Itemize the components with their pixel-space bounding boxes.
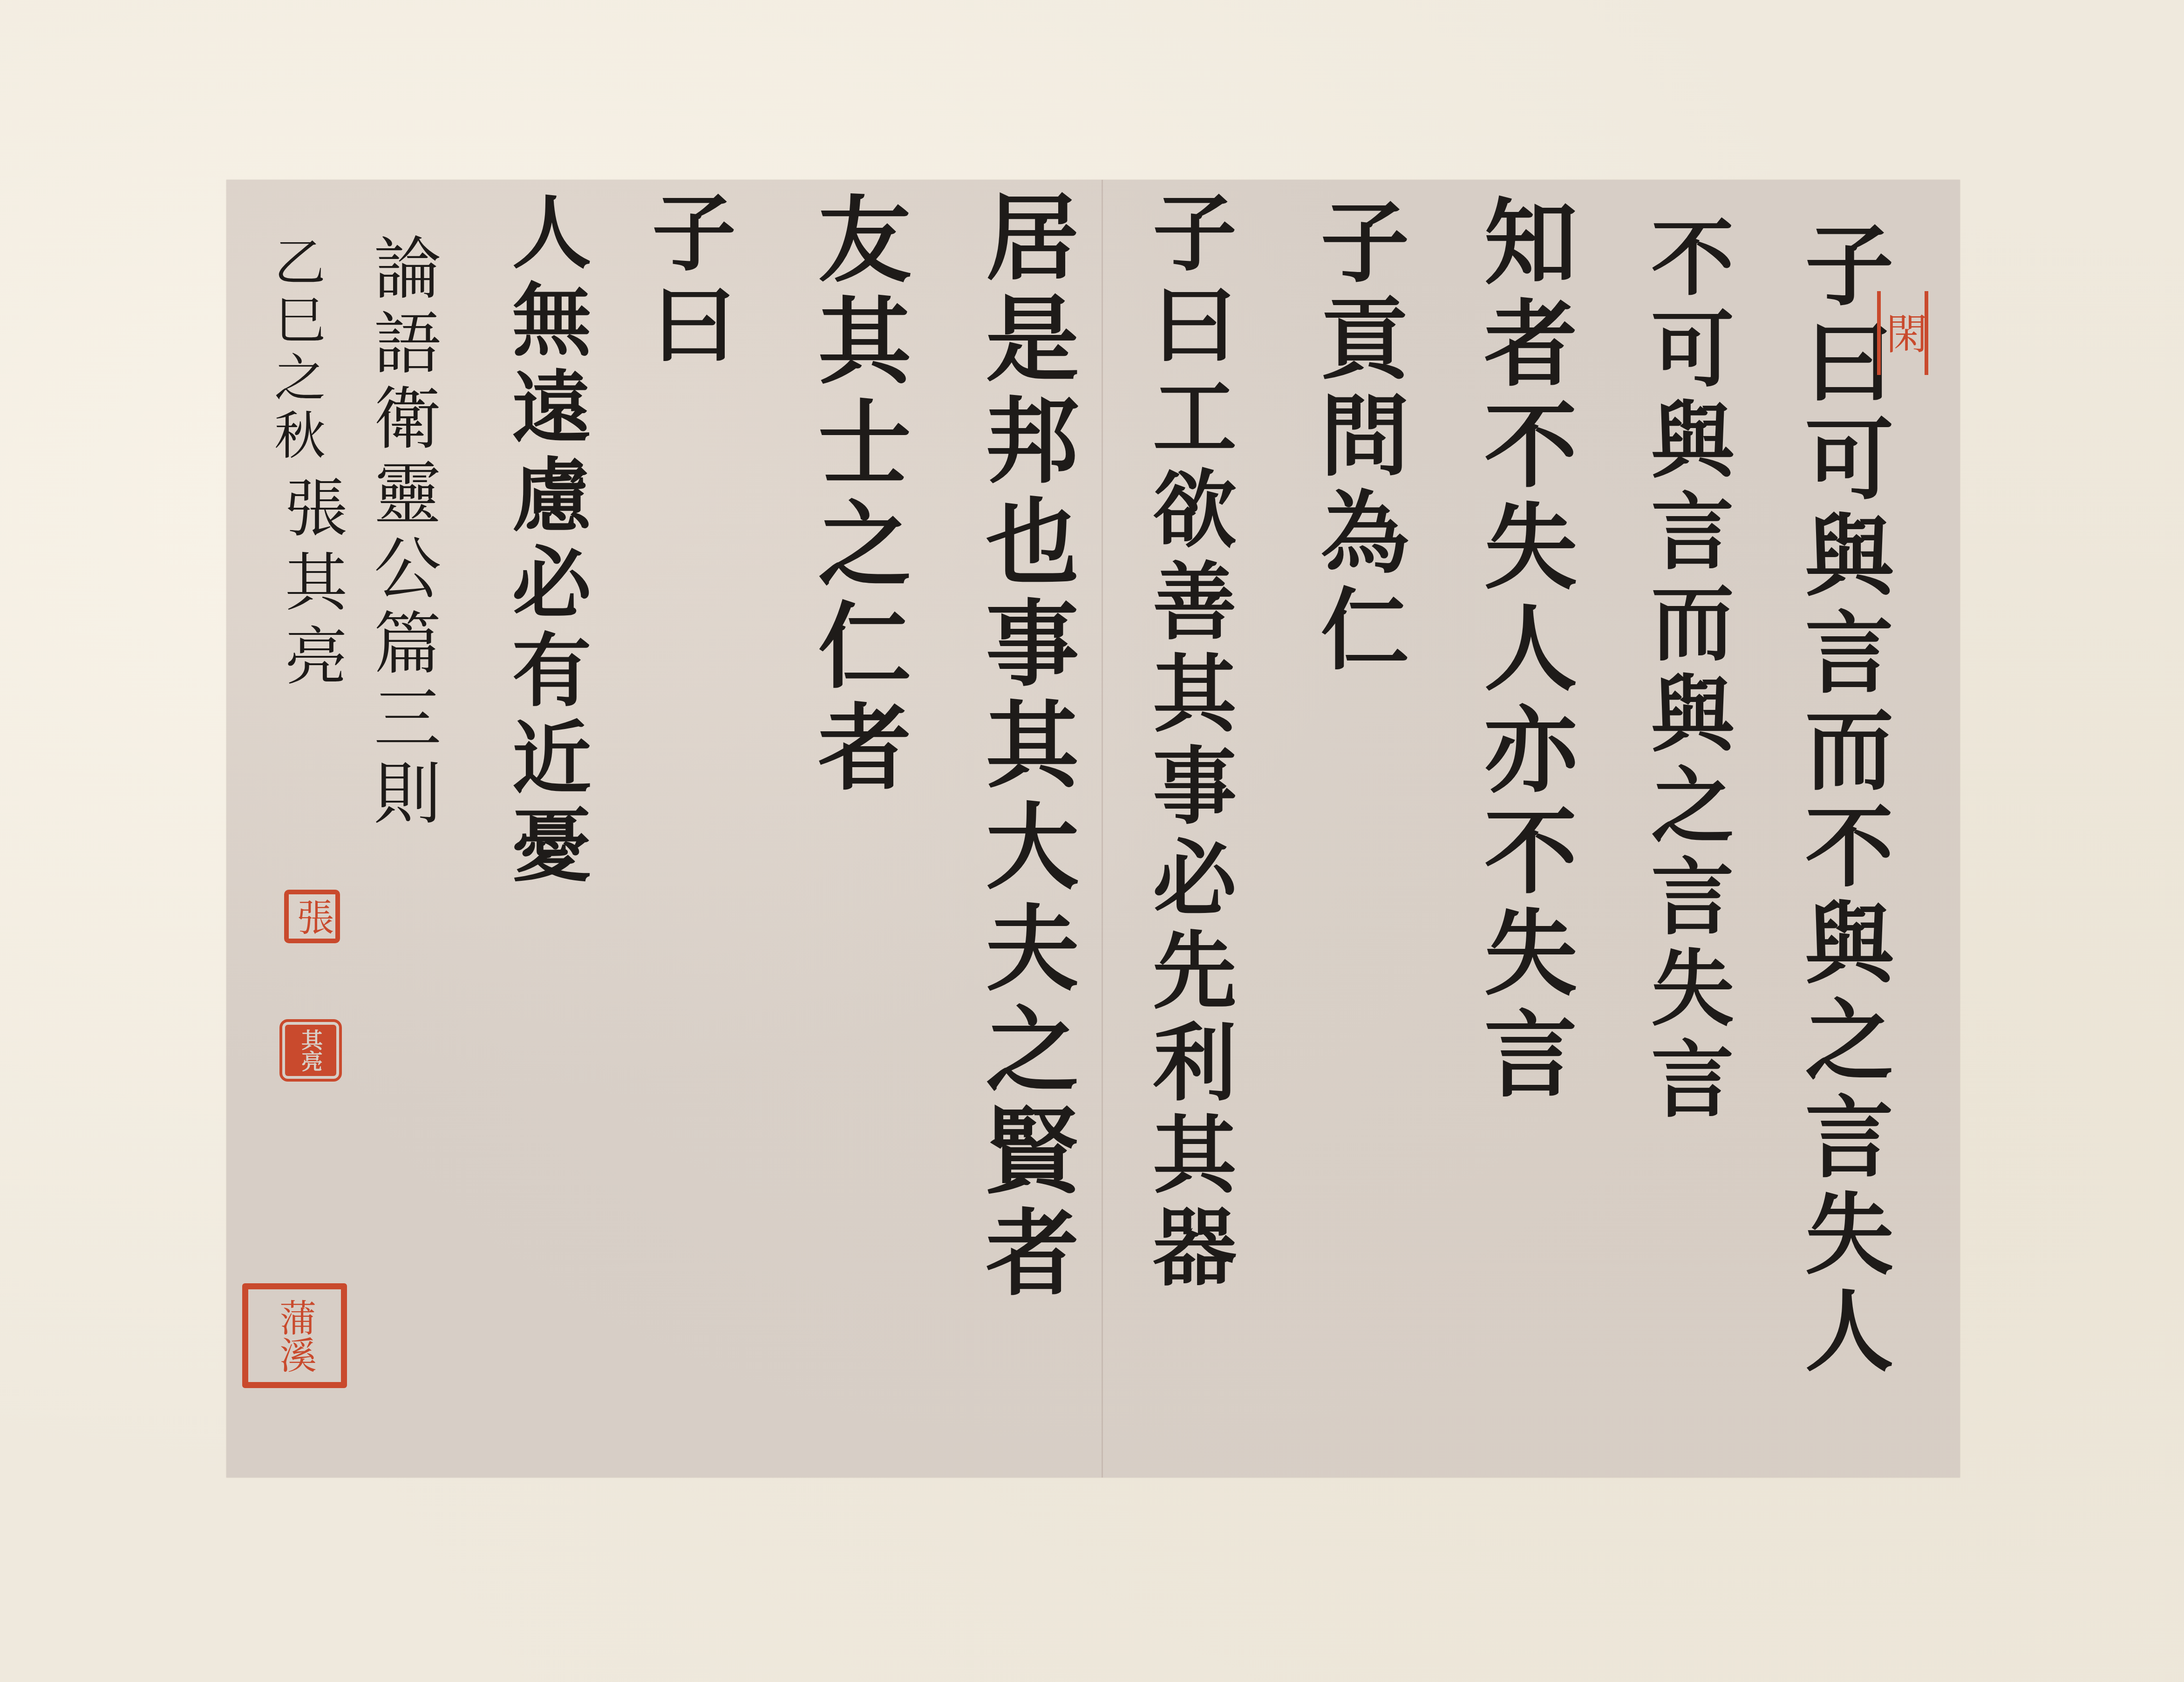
paper-seam [1102, 180, 1103, 1478]
text-column-4: 子貢問為仁 [1313, 196, 1402, 680]
seal-signature-2: 其亮 [285, 1025, 336, 1076]
text-column-5: 子曰工欲善其事必先利其器 [1146, 189, 1230, 1295]
colophon-signature: 張其亮 [279, 475, 342, 697]
text-column-2: 不可與言而與之言失言 [1644, 214, 1727, 1127]
text-column-8: 子曰 [645, 189, 729, 373]
text-column-7: 友其士之仁者 [810, 191, 904, 800]
text-column-9: 人無遠慮必有近憂 [505, 191, 585, 892]
seal-bottom-left: 蒲溪 [242, 1283, 347, 1388]
seal-top-right: 閑 [1877, 291, 1928, 375]
seal-signature-1: 張 [284, 890, 340, 943]
colophon-date: 乙巳之秋 [270, 235, 321, 466]
text-column-3: 知者不失人亦不失言 [1476, 193, 1570, 1107]
text-column-6: 居是邦也事其大夫之賢者 [978, 189, 1071, 1306]
colophon-title: 論語衛靈公篇三則 [368, 233, 435, 833]
text-column-1: 子曰可與言而不與之言失人 [1798, 219, 1886, 1382]
